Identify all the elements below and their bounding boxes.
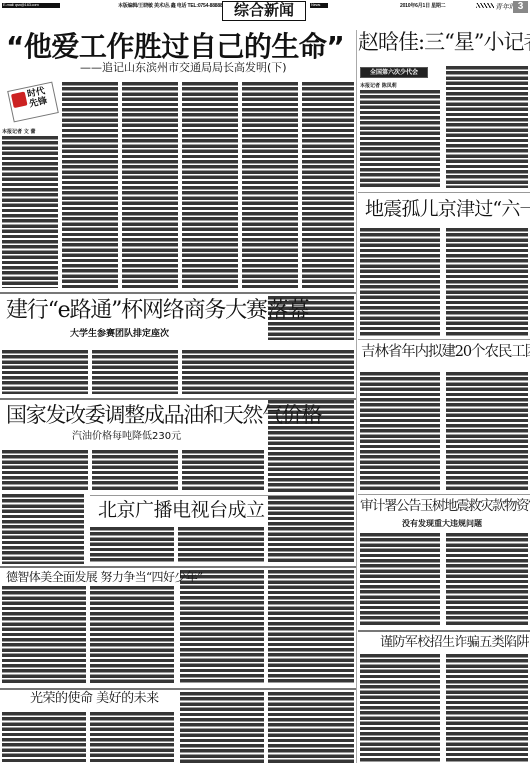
divider [358, 630, 530, 632]
column-badge: 时代先锋 [26, 85, 56, 110]
military-school-body-col-1 [360, 654, 440, 763]
ebank-body-col-1 [2, 350, 88, 394]
oil-body-col-3 [182, 450, 264, 490]
jilin-headline: 吉林省年内拟建20个农民工团工委 [361, 345, 530, 360]
divider [358, 192, 530, 193]
jilin-body-col-1 [360, 372, 440, 490]
oil-body-side [268, 400, 354, 492]
lead-headline: “他爱工作胜过自己的生命” [6, 33, 344, 61]
four-good-body-col-1 [2, 586, 86, 684]
party-emblem-icon [11, 92, 28, 109]
quake-headline: 地震孤儿京津过“六一” [365, 200, 530, 219]
divider [0, 566, 356, 568]
oil-body-col-1 [2, 450, 88, 490]
beijing-tv-body-col-1 [90, 527, 174, 563]
lead-body-col-3 [122, 82, 178, 288]
oil-subheadline: 汽油价格每吨降低230元 [72, 432, 181, 442]
future-body-col-1 [2, 712, 86, 763]
audit-body-col-2 [446, 533, 528, 625]
lead-body-col-4 [182, 82, 238, 288]
beijing-tv-body-col-3 [268, 496, 354, 563]
hatch-ornament [476, 3, 494, 8]
ebank-body-col-4 [268, 350, 354, 394]
beijing-tv-headline: 北京广播电视台成立 [98, 501, 265, 520]
zhao-headline: 赵晗佳:三“星”小记者 [358, 32, 530, 53]
audit-body-col-1 [360, 533, 440, 625]
four-good-body-col-3 [180, 570, 264, 684]
masthead-editor-info: 本版编辑/王晓敏 美术/丛 鑫 电话 TEL:0754-88888888 [118, 2, 230, 9]
column-divider [356, 30, 357, 763]
quake-body-col-2 [446, 228, 528, 336]
four-good-body-col-4 [268, 570, 354, 684]
divider [358, 494, 530, 495]
quake-body-col-1 [360, 228, 440, 336]
audit-subheadline: 没有发现重大违规问题 [402, 520, 482, 528]
zhao-tag: 全国第六次少代会 [360, 67, 428, 78]
four-good-headline: 德智体美全面发展 努力争当“四好少年” [6, 571, 203, 583]
page-number-badge: 3 [513, 1, 528, 13]
ebank-subheadline: 大学生参赛团队排定座次 [70, 330, 169, 339]
ebank-headline: 建行“e路通”杯网络商务大赛落幕 [6, 300, 308, 322]
beijing-tv-body-col-2 [178, 527, 264, 563]
oil-body-col-1-cont [2, 494, 84, 564]
zhao-body-col-1 [360, 90, 440, 188]
lead-body-col-5 [242, 82, 298, 288]
ebank-body-col-3 [182, 350, 268, 394]
future-body-col-3 [180, 692, 264, 763]
ebank-body-col-2 [92, 350, 178, 394]
lead-body-col-1 [2, 136, 58, 288]
future-headline: 光荣的使命 美好的未来 [30, 692, 159, 705]
military-school-body-col-2 [446, 654, 528, 763]
masthead-date: 2010年6月1日 星期二 [400, 2, 445, 9]
zhao-body-col-2 [446, 66, 528, 188]
lead-body-col-2 [62, 82, 118, 288]
divider [0, 292, 356, 294]
ebank-body-side [268, 296, 354, 340]
divider [0, 688, 356, 690]
divider [358, 339, 530, 340]
four-good-body-col-2 [90, 586, 174, 684]
section-title: 综合新闻 [222, 1, 306, 21]
oil-body-col-2 [92, 450, 178, 490]
lead-subheadline: ——追记山东滨州市交通局局长高发明(下) [80, 62, 287, 73]
audit-headline: 审计署公告玉树地震救灾款物资审计情况 [360, 500, 530, 514]
lead-byline: 本报记者 文 蕾 [2, 128, 35, 135]
lead-body-col-6 [302, 82, 354, 288]
future-body-col-2 [90, 712, 174, 763]
masthead-section-en: News [311, 2, 320, 7]
zhao-byline: 本报记者 陈凤莉 [360, 82, 397, 89]
jilin-body-col-2 [446, 372, 528, 490]
military-school-headline: 谨防军校招生诈骗五类陷阱 [380, 636, 529, 649]
masthead-email: E-mail: qsn@163.com [3, 2, 39, 7]
future-body-col-4 [268, 692, 354, 763]
column-emblem: 时代先锋 [7, 82, 59, 123]
